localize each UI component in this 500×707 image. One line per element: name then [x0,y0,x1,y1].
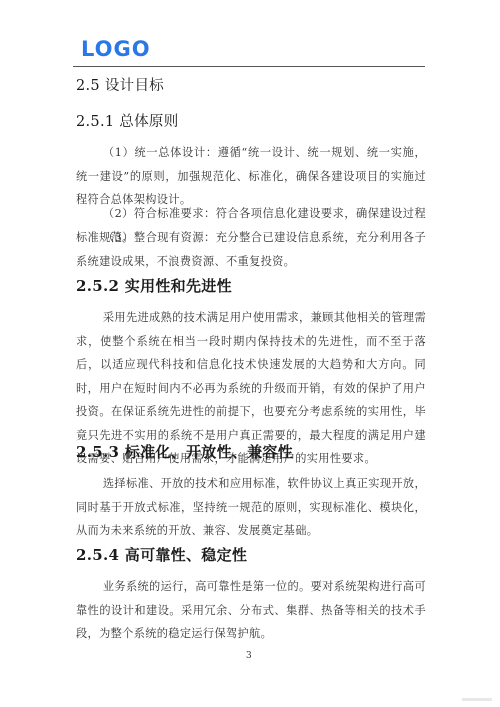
paragraph-reliability: 业务系统的运行，高可靠性是第一位的。要对系统架构进行高可靠性的设计和建设。采用冗… [76,575,426,646]
section-heading-2-5-4: 2.5.4 高可靠性、稳定性 [76,544,247,565]
section-heading-2-5-2: 2.5.2 实用性和先进性 [76,275,232,296]
section-heading-2-5: 2.5 设计目标 [76,74,164,95]
watermark [462,698,492,701]
paragraph-principle-1: （1）统一总体设计：遵循“统一设计、统一规划、统一实施，统一建设”的原则，加强规… [76,141,426,212]
logo: LOGO [81,39,151,60]
page-number: 3 [246,651,252,661]
document-page: LOGO 2.5 设计目标 2.5.1 总体原则 （1）统一总体设计：遵循“统一… [0,0,500,707]
paragraph-standardization: 选择标准、开放的技术和应用标准，软件协议上真正实现开放，同时基于开放式标准，坚持… [76,472,426,543]
paragraph-principle-3: （3）整合现有资源：充分整合已建设信息系统，充分利用各子系统建设成果，不浪费资源… [76,226,426,273]
header-divider [73,66,425,67]
section-heading-2-5-1: 2.5.1 总体原则 [76,110,179,131]
section-heading-2-5-3: 2.5.3 标准化、开放性、兼容性 [76,441,293,462]
